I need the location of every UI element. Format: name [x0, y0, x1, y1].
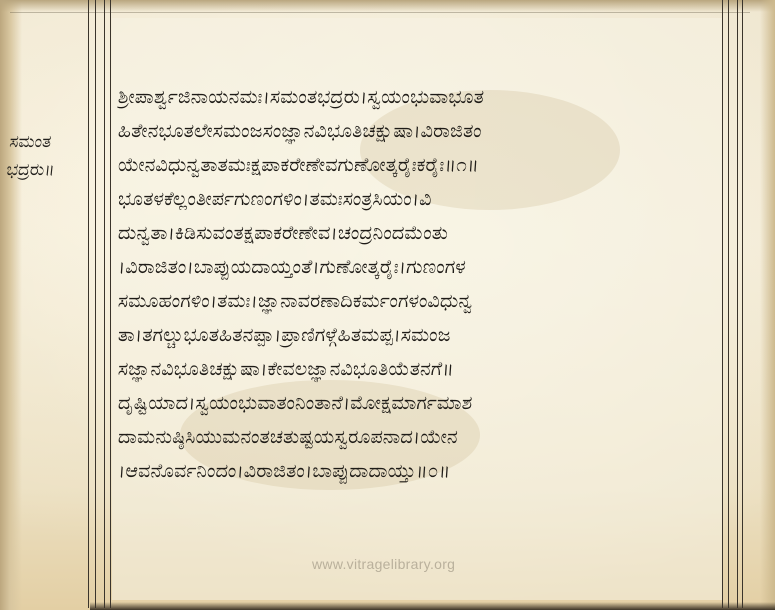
manuscript-line: ದೃಷ್ಟಿಯಾದ।ಸ್ವಯಂಭುವಾತಂನಿಂತಾನೆ।ಮೋಕ್ಷಮಾರ್ಗಮ… — [117, 386, 731, 420]
margin-rule-line — [88, 0, 89, 608]
page-binding-shadow — [0, 0, 22, 610]
manuscript-line: ಹಿತೇನಭೂತಲೇಸಮಂಜಸಂಜ್ಞಾನವಿಭೂತಿಚಕ್ಷುಷಾ।ವಿರಾಜ… — [117, 114, 731, 148]
margin-note-line: ಸಮಂತ — [8, 128, 101, 156]
manuscript-text-block: ಶ್ರೀಪಾರ್ಶ್ವಜಿನಾಯನಮಃ।ಸಮಂತಭದ್ರರು।ಸ್ವಯಂಭುವಾ… — [118, 80, 730, 488]
page-top-edge — [0, 0, 775, 12]
manuscript-line: ಶ್ರೀಪಾರ್ಶ್ವಜಿನಾಯನಮಃ।ಸಮಂತಭದ್ರರು।ಸ್ವಯಂಭುವಾ… — [117, 80, 731, 114]
page-bottom-edge — [90, 602, 775, 610]
margin-note-line: ಭದ್ರರು॥ — [5, 156, 98, 184]
library-watermark: www.vitragelibrary.org — [312, 556, 455, 572]
page-right-edge — [760, 0, 775, 610]
manuscript-line: ತಾ।ತಗಲ್ಚುಭೂತಹಿತನಪ್ಪಾ।ಪ್ರಾಣಿಗಳ್ಗೆಹಿತಮಪ್ಪ।… — [117, 318, 731, 352]
manuscript-line: ದಾಮನುಷ್ಠಿಸಿಯುಮನಂತಚತುಷ್ಟಯಸ್ವರೂಪನಾದ।ಯೇನ — [117, 420, 731, 454]
margin-rule-line — [737, 0, 738, 608]
manuscript-line: ಸಜ್ಞಾನವಿಭೂತಿಚಕ್ಷುಷಾ।ಕೇವಲಜ್ಞಾನವಿಭೂತಿಯೆತನಗ… — [117, 352, 731, 386]
manuscript-line: ಸಮೂಹಂಗಳಿಂ।ತಮಃ।ಜ್ಞಾನಾವರಣಾದಿಕರ್ಮಂಗಳಂವಿಧುನ್… — [117, 284, 731, 318]
margin-rule-line — [95, 0, 96, 608]
margin-rule-line — [104, 0, 105, 608]
manuscript-page: ಸಮಂತ ಭದ್ರರು॥ ಶ್ರೀಪಾರ್ಶ್ವಜಿನಾಯನಮಃ।ಸಮಂತಭದ್… — [0, 0, 775, 610]
margin-note: ಸಮಂತ ಭದ್ರರು॥ — [5, 128, 101, 184]
margin-rule-line — [742, 0, 743, 608]
manuscript-line: ಯೇನವಿಧುನ್ವತಾತಮಃಕ್ಷಪಾಕರೇಣೇವಗುಣೋತ್ಕರೈಃಕರೈಃ… — [117, 148, 731, 182]
margin-rule-line — [110, 0, 111, 608]
manuscript-line: ಭೂತಳಕೆಲ್ಲಂತೀರ್ಪಗುಣಂಗಳಿಂ।ತಮಃಸಂತ್ರಸಿಯಂ।ವಿ — [117, 182, 731, 216]
manuscript-line: ।ಆವನೊರ್ವನಿಂದಂ।ವಿರಾಜಿತಂ।ಬಾಪ್ಪುದಾದಾಯ್ತು॥೦॥ — [117, 454, 731, 488]
page-top-rule — [10, 12, 750, 13]
manuscript-line: ದುನ್ವತಾ।ಕಿಡಿಸುವಂತಕ್ಷಪಾಕರೇಣೇವ।ಚಂದ್ರನಿಂದಮೆ… — [117, 216, 731, 250]
manuscript-line: ।ವಿರಾಜಿತಂ।ಬಾಪ್ಪುಯದಾಯ್ತಂತೆ।ಗುಣೋತ್ಕರೈಃ।ಗುಣ… — [117, 250, 731, 284]
